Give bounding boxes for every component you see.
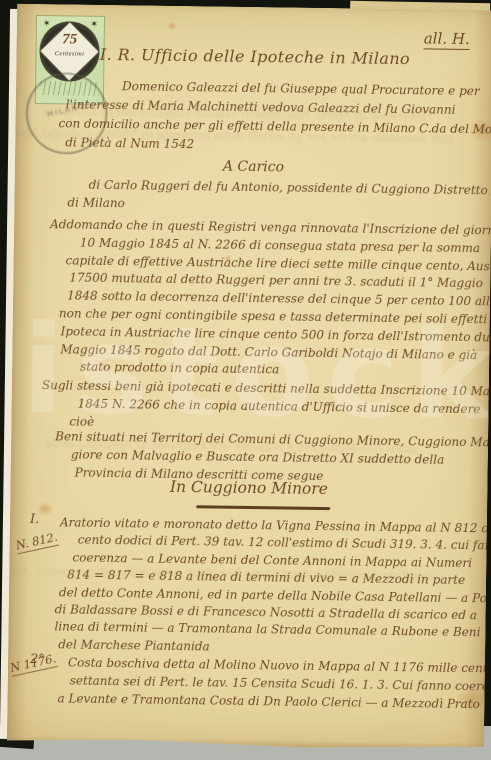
item2-margin-note: N 1176. <box>9 651 58 676</box>
manuscript-page: l'interesse di Maria Malchinetti vedova … <box>7 4 491 752</box>
photographed-document-scene: l'interesse di Maria Malchinetti vedova … <box>0 0 491 760</box>
paper-stain <box>167 22 177 30</box>
intro-paragraph: Domenico Galeazzi del fu Giuseppe qual P… <box>51 76 491 158</box>
item2-paragraph: Costa boschiva detta al Molino Nuovo in … <box>57 653 491 713</box>
eagle-ornament-icon: ✶ <box>90 20 98 30</box>
item1-paragraph: Aratorio vitato e moronato detto la Vign… <box>54 514 491 660</box>
a-carico-heading: A Carico <box>15 156 491 179</box>
request-paragraph: Addomando che in questi Registri venga r… <box>46 216 491 383</box>
section-heading-underline <box>196 505 330 510</box>
a-carico-paragraph: di Carlo Ruggeri del fu Antonio, posside… <box>64 176 491 218</box>
filing-annotation: all. H. <box>424 29 470 50</box>
item1-margin-note: N. 812. <box>14 530 59 555</box>
item1-marker: I. <box>30 512 39 527</box>
